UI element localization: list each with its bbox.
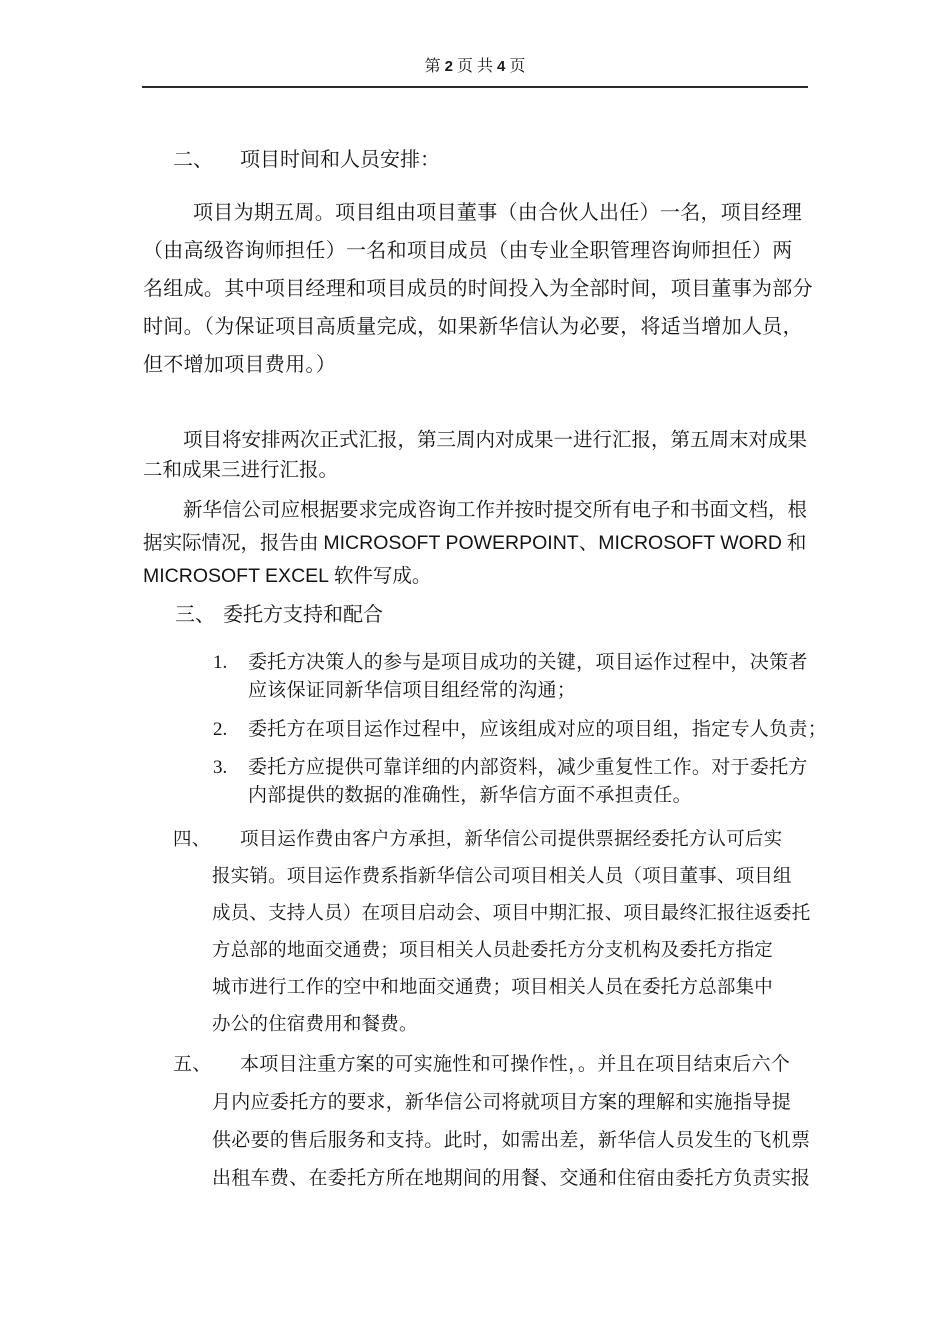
section-2-number: 二、 (173, 148, 213, 172)
clause-4-text: 项目运作费由客户方承担，新华信公司提供票据经委托方认可后实 报实销。项目运作费系… (212, 830, 810, 1035)
paragraph-project-team: 项目为期五周。项目组由项目董事（由合伙人出任）一名，项目经理 （由高级咨询师担任… (143, 194, 833, 384)
paragraph-deliverables: 新华信公司应根据要求完成咨询工作并按时提交所有电子和书面文档，根 据实际情况，报… (143, 494, 833, 593)
section-3-title: 委托方支持和配合 (223, 604, 383, 626)
product-name-word: MICROSOFT WORD (598, 532, 782, 554)
section-3-number: 三、 (175, 603, 215, 627)
clause-5-text: 本项目注重方案的可实施性和可操作性，。并且在项目结束后六个 月内应委托方的要求，… (212, 1054, 810, 1189)
list-item: 3.委托方应提供可靠详细的内部资料，减少重复性工作。对于委托方 内部提供的数据的… (143, 754, 833, 810)
clause-item-5: 五、本项目注重方案的可实施性和可操作性，。并且在项目结束后六个 月内应委托方的要… (143, 1046, 833, 1198)
clause-item-4: 四、项目运作费由客户方承担，新华信公司提供票据经委托方认可后实 报实销。项目运作… (143, 822, 833, 1044)
deliverables-separator: 、 (579, 533, 599, 554)
product-name-excel: MICROSOFT EXCEL (143, 565, 329, 587)
document-body: 二、项目时间和人员安排： 项目为期五周。项目组由项目董事（由合伙人出任）一名，项… (143, 0, 833, 1198)
deliverables-text-3: 软件写成。 (329, 566, 431, 587)
paragraph-reporting-schedule: 项目将安排两次正式汇报，第三周内对成果一进行汇报，第五周末对成果 二和成果三进行… (143, 426, 833, 486)
clause-5-number: 五、 (173, 1046, 212, 1084)
list-item-text: 委托方应提供可靠详细的内部资料，减少重复性工作。对于委托方 内部提供的数据的准确… (248, 757, 808, 806)
list-item-text: 委托方在项目运作过程中，应该组成对应的项目组，指定专人负责； (248, 719, 827, 740)
document-page: 第 2 页 共 4 页 二、项目时间和人员安排： 项目为期五周。项目组由项目董事… (0, 0, 950, 1344)
support-list: 1.委托方决策人的参与是项目成功的关键，项目运作过程中，决策者 应该保证同新华信… (143, 649, 833, 810)
list-item: 1.委托方决策人的参与是项目成功的关键，项目运作过程中，决策者 应该保证同新华信… (143, 649, 833, 705)
section-heading-2: 二、项目时间和人员安排： (143, 148, 833, 172)
deliverables-text-2: 和 (782, 533, 806, 554)
list-item-number: 2. (213, 716, 227, 744)
section-heading-3: 三、委托方支持和配合 (143, 603, 833, 627)
list-item-text: 委托方决策人的参与是项目成功的关键，项目运作过程中，决策者 应该保证同新华信项目… (248, 652, 808, 701)
product-name-powerpoint: MICROSOFT POWERPOINT (323, 532, 578, 554)
list-item: 2.委托方在项目运作过程中，应该组成对应的项目组，指定专人负责； (143, 716, 833, 744)
section-2-title: 项目时间和人员安排： (240, 149, 440, 171)
list-item-number: 1. (213, 649, 227, 677)
list-item-number: 3. (213, 754, 227, 782)
clause-4-number: 四、 (173, 822, 210, 859)
